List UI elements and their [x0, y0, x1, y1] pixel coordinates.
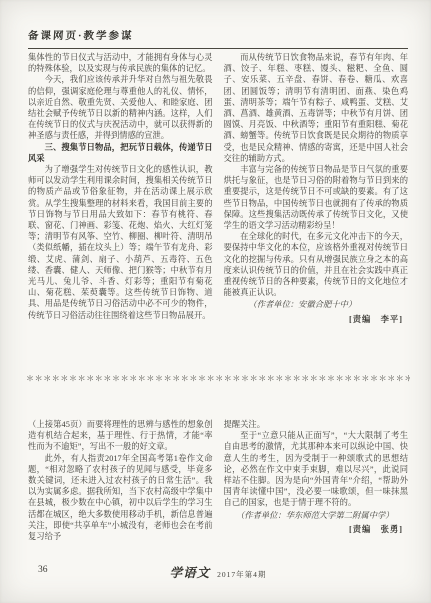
- editor-credit: [责编 张勇]: [224, 524, 409, 535]
- paragraph: 丰富与完备的传统节日物品是节日气氛的重要烘托与象征，也是节日习俗的附着物与节日到…: [224, 164, 409, 231]
- editor-credit: [责编 李平]: [224, 314, 409, 325]
- author-affiliation: （作者单位：华东师范大学第二附属中学）: [224, 510, 409, 521]
- paragraph: 提醒关注。: [224, 419, 409, 430]
- article-bottom-left-column: （上接第45页）而要将理性的思辨与感性的想象创造有机结合起来，基于理性、行于热情…: [28, 419, 213, 561]
- paragraph: 在全球化的时代，在多元文化冲击下的今天，要保持中华文化的本位，应该格外重视对传统…: [224, 231, 409, 298]
- article-bottom: （上接第45页）而要将理性的思辨与感性的想象创造有机结合起来，基于理性、行于热情…: [28, 419, 408, 561]
- header-divider-rule: [28, 48, 408, 49]
- paragraph: 集体性的节日仪式与活动中，才能拥有身体与心灵的特殊体验，以及实现与传承民族的集体…: [28, 52, 213, 74]
- article-top: 集体性的节日仪式与活动中，才能拥有身体与心灵的特殊体验，以及实现与传承民族的集体…: [28, 52, 408, 374]
- page-footer: 36 学语文 2017年第4期: [28, 563, 408, 581]
- continuation-paragraph: （上接第45页）而要将理性的思辨与感性的想象创造有机结合起来，基于理性、行于热情…: [28, 419, 213, 453]
- section-heading: 三、搜集节日物品，把玩节日载体，传递节日风采: [28, 142, 213, 164]
- paragraph: 而从传统节日饮食物品来说，春节有年肉、年酒、饺子、年糕、枣糕、馒头、糍粑、全鱼、…: [224, 52, 409, 164]
- article-top-left-column: 集体性的节日仪式与活动中，才能拥有身体与心灵的特殊体验，以及实现与传承民族的集体…: [28, 52, 213, 374]
- paragraph: 至于“立意只能从正面写”，“大大限制了考生自由思考的激情，尤其那种本来可以纵论中…: [224, 430, 409, 508]
- journal-footer: 学语文 2017年第4期: [28, 563, 408, 582]
- article-bottom-right-column: 提醒关注。 至于“立意只能从正面写”，“大大限制了考生自由思考的激情，尤其那种本…: [224, 419, 409, 561]
- journal-title: 学语文: [170, 566, 211, 580]
- column-section-title: 备课网页·教学参谋: [27, 28, 134, 43]
- author-affiliation: （作者单位：安徽合肥十中）: [224, 299, 409, 310]
- paragraph: 此外，有人指责2017年全国高考第1卷作文命题，“相对忽略了农村孩子的见闻与感受…: [28, 453, 213, 543]
- scanned-journal-page: 备课网页·教学参谋 集体性的节日仪式与活动中，才能拥有身体与心灵的特殊体验，以及…: [0, 0, 431, 603]
- issue-label: 2017年第4期: [217, 570, 266, 579]
- page-header: 备课网页·教学参谋: [28, 26, 408, 49]
- paragraph: 今天，我们应该传承并升华对自然与祖先敬畏的信仰，强调家庭伦理与尊重他人的礼仪、情…: [28, 74, 213, 141]
- article-top-right-column: 而从传统节日饮食物品来说，春节有年肉、年酒、饺子、年糕、枣糕、馒头、糍粑、全鱼、…: [224, 52, 409, 374]
- asterisk-divider: ＊＊＊＊＊＊＊＊＊＊＊＊＊＊＊＊＊＊＊＊＊＊＊＊＊＊＊＊＊＊＊＊＊＊＊＊＊＊＊＊…: [26, 374, 410, 384]
- paragraph: 为了增强学生对传统节日文化的感性认识，教师可以发动学生利用课余时间，搜集相关传统…: [28, 164, 213, 321]
